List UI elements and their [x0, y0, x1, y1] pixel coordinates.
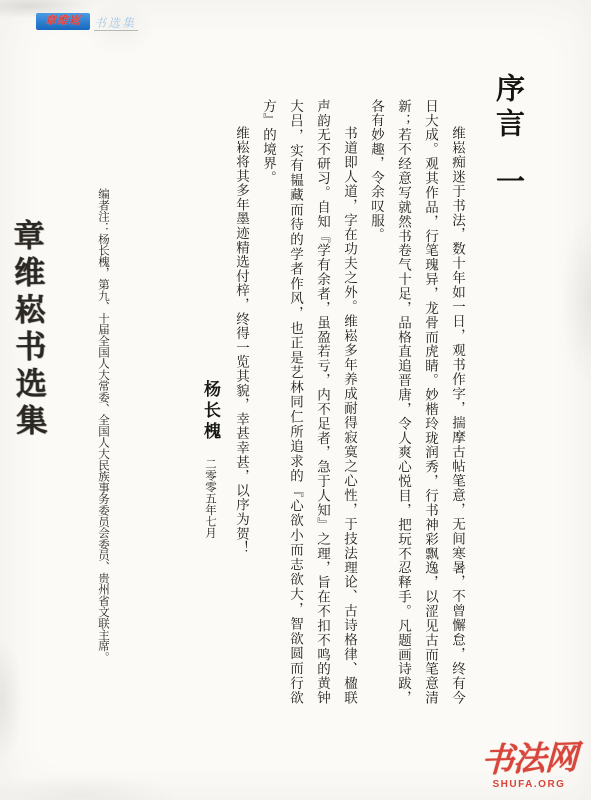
signature-block: 杨长槐 二零零五年七月	[198, 380, 223, 539]
preface-body: 维崧痴迷于书法，数十年如一日，观书作字，揣摩古帖笔意，无间寒暑，不曾懈怠，终有今…	[228, 99, 471, 705]
editor-note: 编者注：杨长槐，第九、十届全国人大常委、全国人大民族事务委员会委员、贵州省文联主…	[95, 188, 111, 663]
logo-suffix-text: 书选集	[94, 14, 136, 31]
logo-badge-text: 章维崧	[45, 13, 81, 30]
preface-paragraph-3: 维崧将其多年墨迹精选付梓，终得一览其貌，幸甚幸甚，以序为贺！	[228, 99, 255, 705]
watermark-site-name: 书法网	[480, 740, 577, 780]
preface-title-number: 一	[492, 166, 524, 201]
preface-title-text: 序言	[492, 73, 524, 143]
book-page: 章维崧 书选集 序言 一 维崧痴迷于书法，数十年如一日，观书作字，揣摩古帖笔意，…	[0, 0, 591, 800]
signature-date: 二零零五年七月	[204, 458, 216, 539]
preface-title: 序言 一	[488, 73, 529, 201]
preface-paragraph-2: 书道即人道，字在功夫之外。维崧多年养成耐得寂寞之心性，于技法理论、古诗格律、楹联…	[255, 99, 363, 705]
signature-name: 杨长槐	[201, 380, 220, 443]
logo-underline	[94, 30, 138, 31]
logo-badge: 章维崧	[36, 13, 90, 30]
preface-paragraph-1: 维崧痴迷于书法，数十年如一日，观书作字，揣摩古帖笔意，无间寒暑，不曾懈怠，终有今…	[363, 99, 471, 705]
shufa-watermark: 书法网 SHUFA.ORG	[481, 742, 577, 790]
calligraphy-book-title: 章维崧书选集	[3, 219, 51, 442]
watermark-url-text: SHUFA.ORG	[493, 779, 566, 790]
